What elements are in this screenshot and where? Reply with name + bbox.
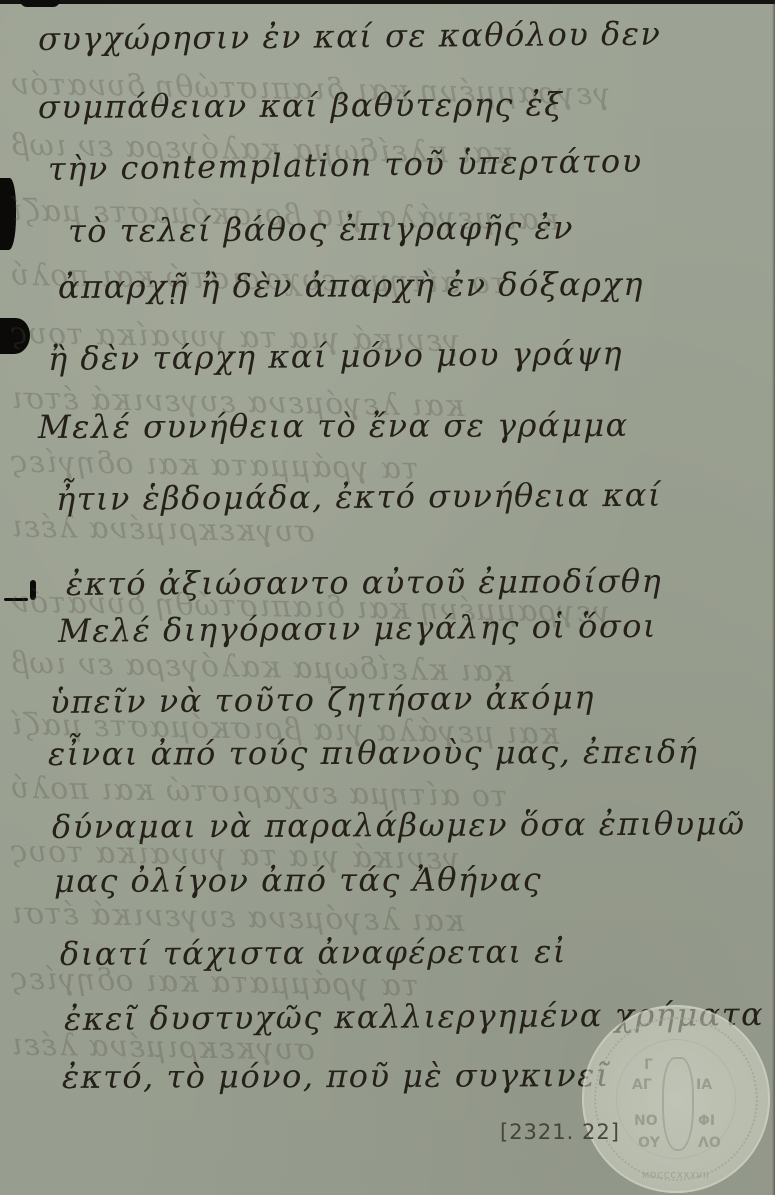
seal-rim-text: MDCCCXXXVII xyxy=(582,1171,770,1180)
handwritten-line: διατί τάχιστα ἀναφέρεται εἰ xyxy=(60,932,567,973)
scan-top-edge xyxy=(0,0,775,4)
handwritten-line: τὴν contemplation τοῦ ὑπερτάτου xyxy=(48,142,643,188)
handwritten-line: μας ὀλίγον ἀπό τάς Ἀθήνας xyxy=(54,860,542,900)
handwritten-line: ἦτιν ἑβδομάδα, ἐκτό συνήθεια καί xyxy=(56,476,662,518)
manuscript-page: γεγραμμένη και διαπιστώθη δυνατόν και κλ… xyxy=(0,0,775,1195)
handwritten-line: τὸ τελεί βάθος ἐπιγραφῆς ἐν xyxy=(68,208,574,250)
handwritten-line: εἶναι ἀπό τούς πιθανοὺς μας, ἐπειδή xyxy=(48,733,698,773)
handwritten-line: συγχώρησιν ἐν καί σε καθόλου δεν xyxy=(38,15,662,58)
handwritten-line: δύναμαι νὰ παραλάβωμεν ὅσα ἐπιθυμῶ xyxy=(52,804,746,846)
handwritten-line: ἀπαρχῇ ἢ δὲν ἀπαρχὴ ἐν δόξαρχη xyxy=(58,265,644,306)
seal-letters: Γ ΑΓ ΙΑ ΝΟ ΦΙ ΟΥ ΛΟ xyxy=(582,1005,770,1193)
embossed-seal-stamp: Γ ΑΓ ΙΑ ΝΟ ΦΙ ΟΥ ΛΟ MDCCCXXXVII xyxy=(582,1005,770,1193)
handwritten-line: ἢ δὲν τάρχη καί μόνο μου γράψη xyxy=(48,334,623,378)
handwritten-line: Μελέ συνήθεια τὸ ἔνα σε γράμμα xyxy=(38,406,629,446)
handwritten-line: ἐκτό, τὸ μόνο, ποῦ μὲ συγκινεῖ xyxy=(62,1056,610,1096)
handwritten-line: ἐκτό ἀξιώσαντο αὐτοῦ ἐμποδίσθη xyxy=(66,562,662,603)
archive-reference-number: [2321. 22] xyxy=(500,1120,620,1144)
handwritten-line: Μελέ διηγόρασιν μεγάλης οἱ ὅσοι xyxy=(58,607,657,650)
handwritten-line: συμπάθειαν καί βαθύτερης ἐξ xyxy=(38,85,564,126)
scan-edge-blot xyxy=(20,0,60,7)
handwritten-line: ὑπεῖν νὰ τοῦτο ζητήσαν ἀκόμη xyxy=(50,678,595,721)
